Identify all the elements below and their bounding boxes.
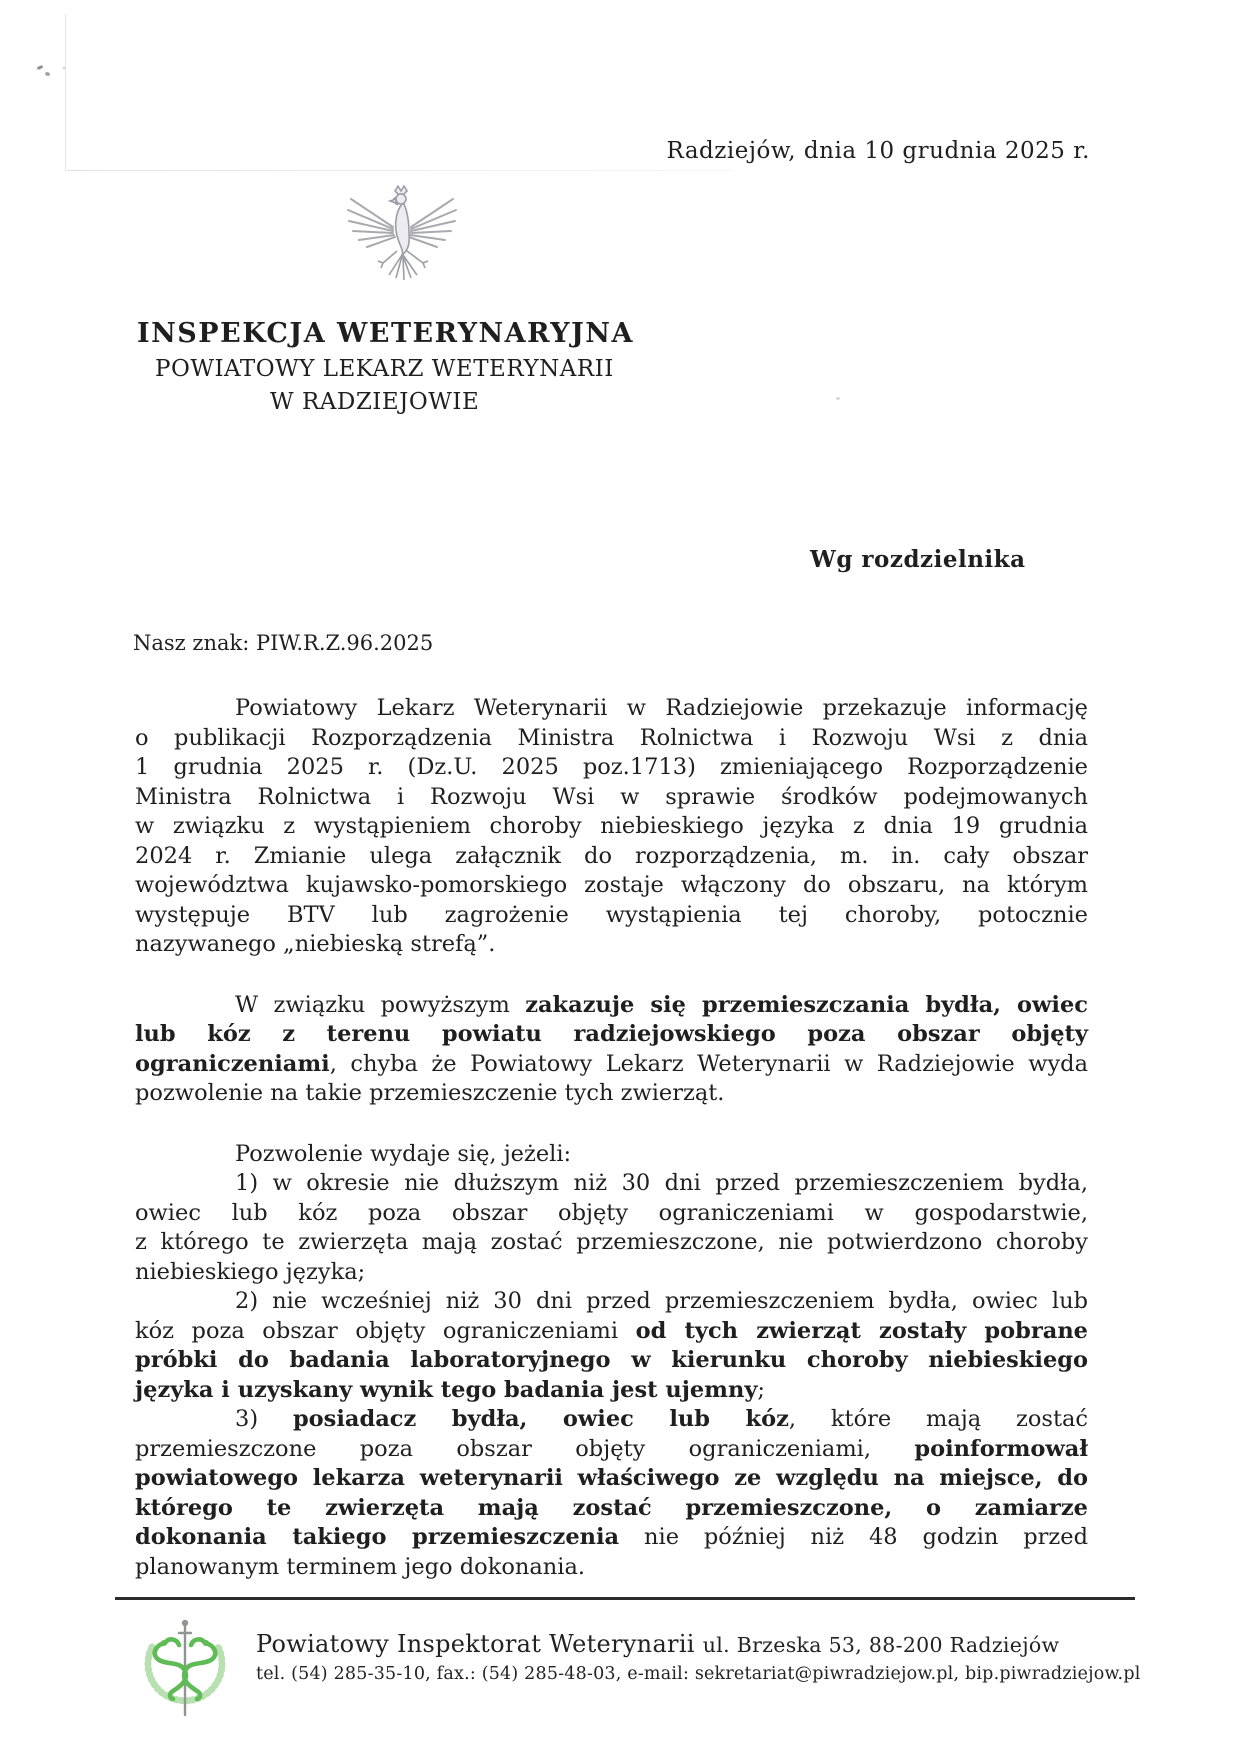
text-segment: Powiatowy Lekarz Weterynarii w Radziejow… xyxy=(235,695,1088,721)
text-line: powiatowego lekarza weterynarii właściwe… xyxy=(135,1464,1088,1494)
org-unit: POWIATOWY LEKARZ WETERYNARII xyxy=(155,356,634,382)
paragraph: Pozwolenie wydaje się, jeżeli:1) w okres… xyxy=(135,1140,1088,1583)
veterinary-caduceus-icon xyxy=(139,1619,232,1729)
text-line: 2) nie wcześniej niż 30 dni przed przemi… xyxy=(135,1287,1088,1317)
text-segment: nie później niż 48 godzin przed xyxy=(619,1524,1088,1550)
scan-page-edge-vertical xyxy=(65,14,66,171)
paragraph: W związku powyższym zakazuje się przemie… xyxy=(135,991,1088,1109)
text-segment: ; xyxy=(757,1377,765,1403)
text-line: lub kóz z terenu powiatu radziejowskiego… xyxy=(135,1020,1088,1050)
date-line: Radziejów, dnia 10 grudnia 2025 r. xyxy=(667,138,1091,164)
scanned-letter-page: { "page": { "date_line": "Radziejów, dni… xyxy=(0,0,1240,1754)
text-line: planowanym terminem jego dokonania. xyxy=(135,1553,1088,1583)
text-segment: 1) w okresie nie dłuższym niż 30 dni prz… xyxy=(235,1170,1088,1196)
text-line: 1 grudnia 2025 r. (Dz.U. 2025 poz.1713) … xyxy=(135,753,1088,783)
text-line: owiec lub kóz poza obszar objęty ogranic… xyxy=(135,1199,1088,1229)
text-line: próbki do badania laboratoryjnego w kier… xyxy=(135,1346,1088,1376)
text-line: ograniczeniami, chyba że Powiatowy Lekar… xyxy=(135,1050,1088,1080)
footer-separator xyxy=(115,1597,1135,1600)
text-segment: owiec lub kóz poza obszar objęty ogranic… xyxy=(135,1200,1088,1226)
text-line: 3) posiadacz bydła, owiec lub kóz, które… xyxy=(135,1405,1088,1435)
distribution-note: Wg rozdzielnika xyxy=(810,546,1026,573)
bold-text-segment: poinformował xyxy=(914,1436,1088,1462)
text-line: przemieszczone poza obszar objęty ograni… xyxy=(135,1435,1088,1465)
text-segment: , chyba że Powiatowy Lekarz Weterynarii … xyxy=(330,1051,1088,1077)
text-line: W związku powyższym zakazuje się przemie… xyxy=(135,991,1088,1021)
text-line: nazywanego „niebieską strefą”. xyxy=(135,930,1088,960)
text-segment: planowanym terminem jego dokonania. xyxy=(135,1554,585,1580)
text-segment: W związku powyższym xyxy=(235,992,525,1018)
polish-eagle-emblem-icon xyxy=(343,183,461,289)
text-segment: 1 grudnia 2025 r. (Dz.U. 2025 poz.1713) … xyxy=(135,754,1088,780)
text-line: którego te zwierzęta mają zostać przemie… xyxy=(135,1494,1088,1524)
scan-speck xyxy=(37,65,44,70)
footer-contact-block: Powiatowy Inspektorat Weterynarii ul. Br… xyxy=(256,1630,1186,1684)
bold-text-segment: lub kóz z terenu powiatu radziejowskiego… xyxy=(135,1021,1088,1047)
text-segment: niebieskiego języka; xyxy=(135,1259,365,1285)
bold-text-segment: próbki do badania laboratoryjnego w kier… xyxy=(135,1347,1088,1373)
bold-text-segment: posiadacz bydła, owiec lub kóz xyxy=(293,1406,789,1432)
text-segment: o publikacji Rozporządzenia Ministra Rol… xyxy=(135,725,1088,751)
bold-text-segment: języka i uzyskany wynik tego badania jes… xyxy=(135,1377,757,1403)
text-line: w związku z wystąpieniem choroby niebies… xyxy=(135,812,1088,842)
text-segment: nazywanego „niebieską strefą”. xyxy=(135,931,495,957)
scan-speck xyxy=(45,71,51,76)
bold-text-segment: dokonania takiego przemieszczenia xyxy=(135,1524,619,1550)
scan-speck xyxy=(836,397,840,400)
text-segment: , które mają zostać xyxy=(789,1406,1088,1432)
text-line: dokonania takiego przemieszczenia nie pó… xyxy=(135,1523,1088,1553)
text-segment: 3) xyxy=(235,1406,293,1432)
text-segment: z którego te zwierzęta mają zostać przem… xyxy=(135,1229,1088,1255)
text-line: Powiatowy Lekarz Weterynarii w Radziejow… xyxy=(135,694,1088,724)
text-line: Pozwolenie wydaje się, jeżeli: xyxy=(135,1140,1088,1170)
text-segment: przemieszczone poza obszar objęty ograni… xyxy=(135,1436,914,1462)
footer-street-address: ul. Brzeska 53, 88-200 Radziejów xyxy=(703,1633,1060,1657)
text-segment: występuje BTV lub zagrożenie wystąpienia… xyxy=(135,902,1088,928)
text-segment: kóz poza obszar objęty ograniczeniami xyxy=(135,1318,636,1344)
scan-page-edge-horizontal xyxy=(65,170,733,171)
bold-text-segment: powiatowego lekarza weterynarii właściwe… xyxy=(135,1465,1088,1491)
text-segment: pozwolenie na takie przemieszczenie tych… xyxy=(135,1080,724,1106)
text-line: 2024 r. Zmianie ulega załącznik do rozpo… xyxy=(135,842,1088,872)
text-segment: województwa kujawsko-pomorskiego zostaje… xyxy=(135,872,1088,898)
org-location: W RADZIEJOWIE xyxy=(270,389,634,415)
letterhead: INSPEKCJA WETERYNARYJNA POWIATOWY LEKARZ… xyxy=(137,318,634,415)
text-segment: Ministra Rolnictwa i Rozwoju Wsi w spraw… xyxy=(135,784,1088,810)
reference-number: Nasz znak: PIW.R.Z.96.2025 xyxy=(133,631,433,655)
text-line: o publikacji Rozporządzenia Ministra Rol… xyxy=(135,724,1088,754)
text-line: niebieskiego języka; xyxy=(135,1258,1088,1288)
text-segment: 2024 r. Zmianie ulega załącznik do rozpo… xyxy=(135,843,1088,869)
text-segment: 2) nie wcześniej niż 30 dni przed przemi… xyxy=(235,1288,1088,1314)
bold-text-segment: od tych zwierząt zostały pobrane xyxy=(636,1318,1088,1344)
text-line: z którego te zwierzęta mają zostać przem… xyxy=(135,1228,1088,1258)
text-line: występuje BTV lub zagrożenie wystąpienia… xyxy=(135,901,1088,931)
footer-contact-line: tel. (54) 285-35-10, fax.: (54) 285-48-0… xyxy=(256,1664,1186,1684)
bold-text-segment: ograniczeniami xyxy=(135,1051,330,1077)
org-name: INSPEKCJA WETERYNARYJNA xyxy=(137,318,634,349)
text-line: Ministra Rolnictwa i Rozwoju Wsi w spraw… xyxy=(135,783,1088,813)
text-line: pozwolenie na takie przemieszczenie tych… xyxy=(135,1079,1088,1109)
text-line: kóz poza obszar objęty ograniczeniami od… xyxy=(135,1317,1088,1347)
footer-org-name: Powiatowy Inspektorat Weterynarii xyxy=(256,1630,695,1658)
text-line: języka i uzyskany wynik tego badania jes… xyxy=(135,1376,1088,1406)
document-body: Powiatowy Lekarz Weterynarii w Radziejow… xyxy=(135,694,1088,1582)
footer-org-address: Powiatowy Inspektorat Weterynarii ul. Br… xyxy=(256,1630,1186,1658)
bold-text-segment: którego te zwierzęta mają zostać przemie… xyxy=(135,1495,1088,1521)
text-segment: w związku z wystąpieniem choroby niebies… xyxy=(135,813,1088,839)
text-segment: Pozwolenie wydaje się, jeżeli: xyxy=(235,1141,571,1167)
text-line: województwa kujawsko-pomorskiego zostaje… xyxy=(135,871,1088,901)
text-line: 1) w okresie nie dłuższym niż 30 dni prz… xyxy=(135,1169,1088,1199)
paragraph: Powiatowy Lekarz Weterynarii w Radziejow… xyxy=(135,694,1088,960)
bold-text-segment: zakazuje się przemieszczania bydła, owie… xyxy=(525,992,1088,1018)
scan-speck xyxy=(63,67,65,69)
